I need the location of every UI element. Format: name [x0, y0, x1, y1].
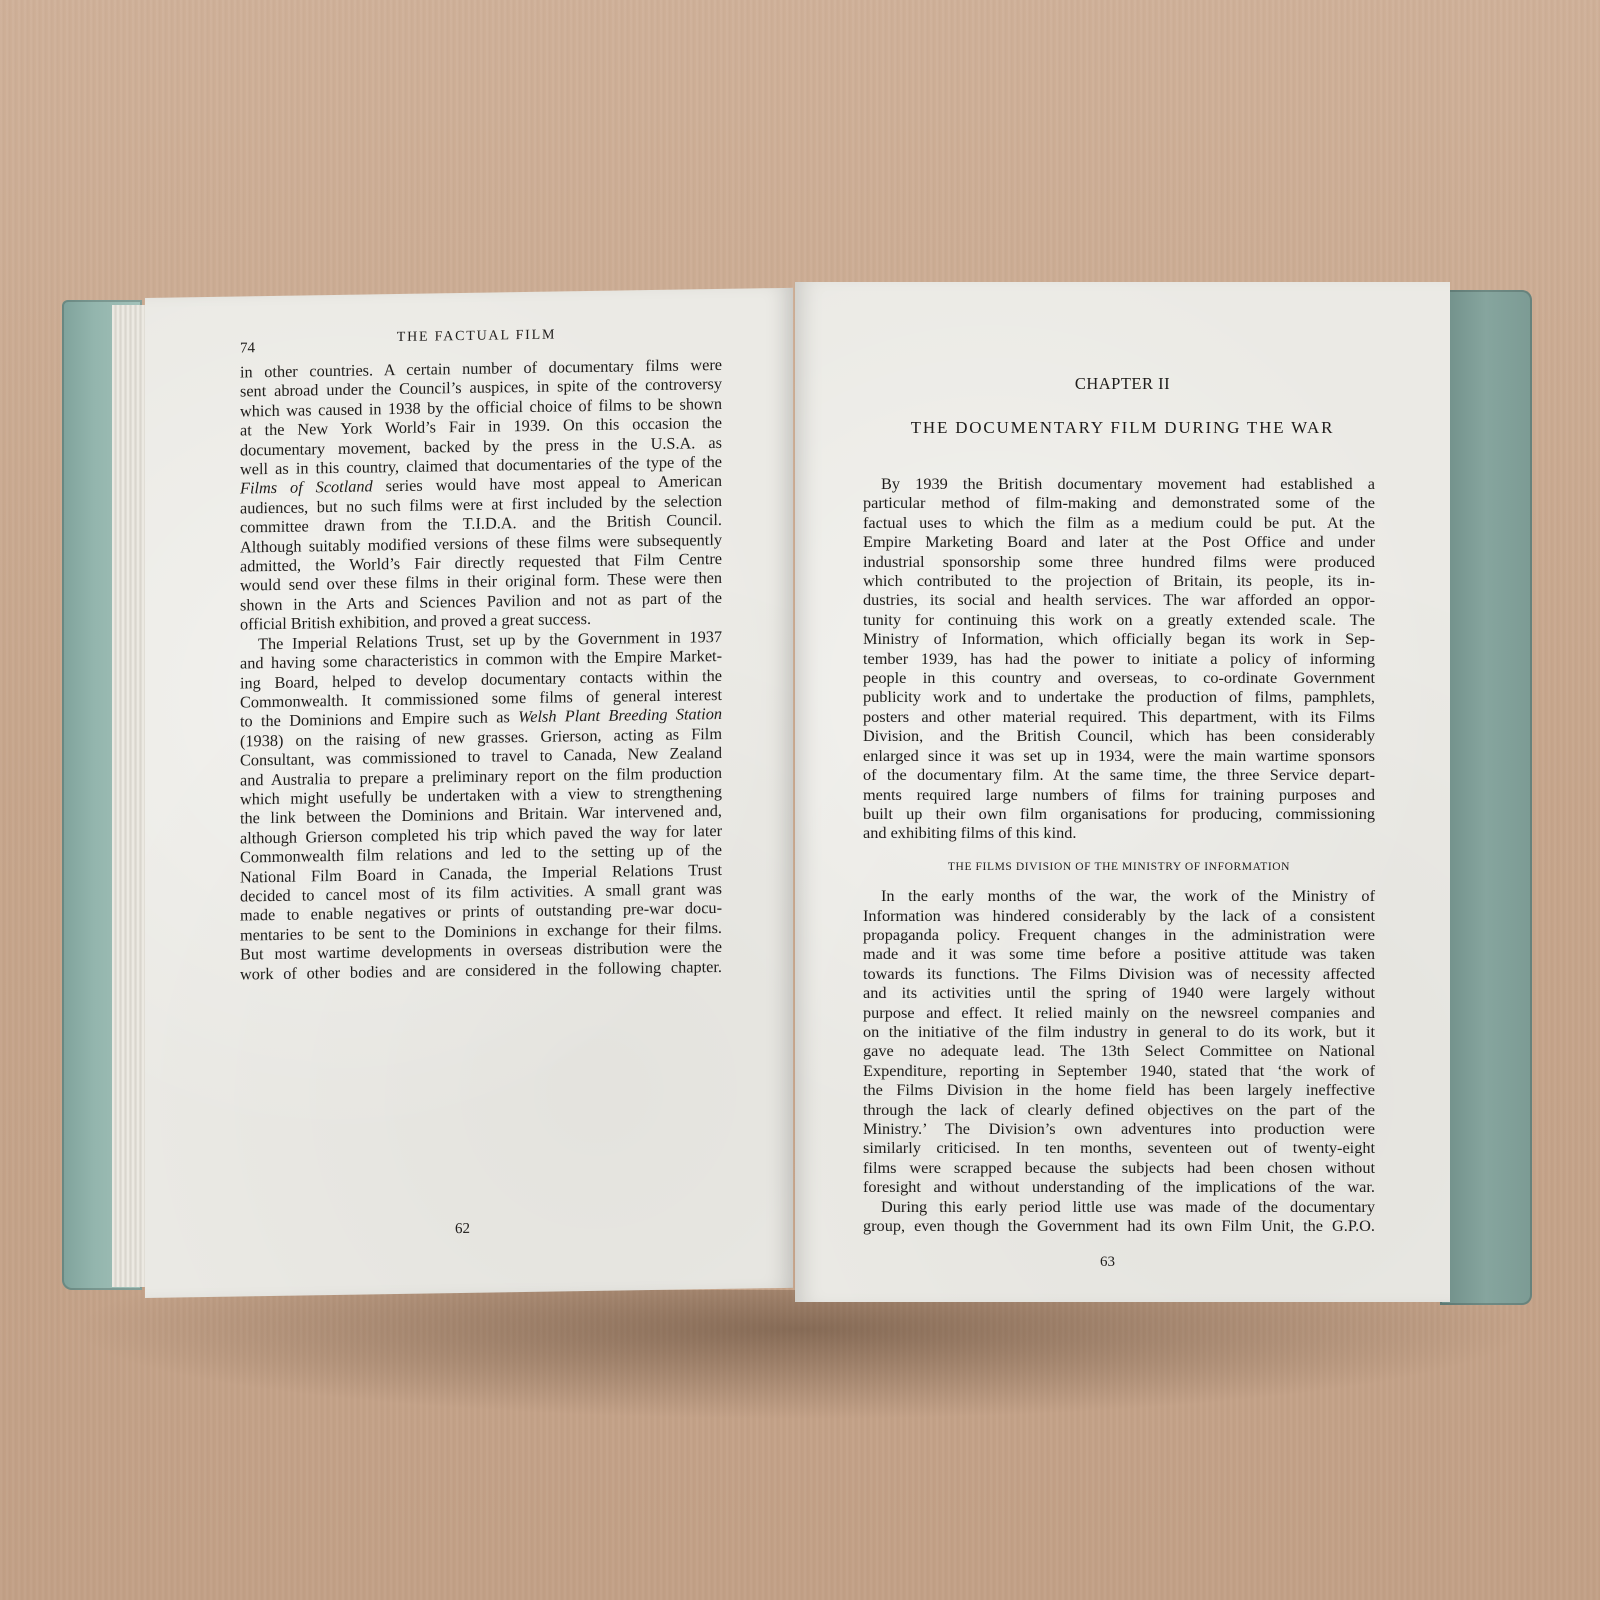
right-page: CHAPTER II THE DOCUMENTARY FILM DURING T…	[795, 282, 1450, 1302]
text-line: publicity work and to undertake the prod…	[863, 687, 1375, 706]
text-line: dustries, its social and health services…	[863, 590, 1375, 609]
text-line: made and it was some time before a posit…	[863, 944, 1375, 963]
text-line: Ministry.’ The Division’s own adventures…	[863, 1119, 1375, 1138]
text-line: gave no adequate lead. The 13th Select C…	[863, 1041, 1375, 1060]
italic-film-title: Films of Scotland	[240, 477, 373, 498]
text-line: towards its functions. The Films Divisio…	[863, 964, 1375, 983]
text-line: films were scrapped because the subjects…	[863, 1158, 1375, 1177]
section-heading: THE FILMS DIVISION OF THE MINISTRY OF IN…	[863, 858, 1375, 877]
text-line: and its activities until the spring of 1…	[863, 983, 1375, 1002]
italic-film-title: Welsh Plant Breeding Station	[518, 704, 722, 726]
text-line: propaganda policy. Frequent changes in t…	[863, 925, 1375, 944]
text-line: Empire Marketing Board and later at the …	[863, 532, 1375, 551]
text-line: Ministry of Information, which officiall…	[863, 629, 1375, 648]
text-line: industrial sponsorship some three hundre…	[863, 552, 1375, 571]
left-body-text: in other countries. A certain number of …	[240, 355, 722, 984]
text-line: the Films Division in the home field has…	[863, 1080, 1375, 1099]
book-cover-right	[1440, 290, 1532, 1305]
running-head-title: THE FACTUAL FILM	[240, 325, 713, 348]
text-line: on the initiative of the film industry i…	[863, 1022, 1375, 1041]
text-line: posters and other material required. Thi…	[863, 707, 1375, 726]
page-number: 62	[455, 1221, 470, 1238]
text-line: Division, and the British Council, which…	[863, 726, 1375, 745]
text-line: Expenditure, reporting in September 1940…	[863, 1061, 1375, 1080]
text-line: tunity for continuing this work on a gre…	[863, 610, 1375, 629]
chapter-title: THE DOCUMENTARY FILM DURING THE WAR	[855, 418, 1390, 438]
text-line: By 1939 the British documentary movement…	[863, 474, 1375, 493]
chapter-label: CHAPTER II	[795, 374, 1450, 394]
text-line: During this early period little use was …	[863, 1197, 1375, 1216]
page-number: 63	[1100, 1254, 1115, 1271]
text-line: built up their own film organisations fo…	[863, 804, 1375, 823]
running-head: 74 THE FACTUAL FILM	[240, 325, 713, 348]
text-line: tember 1939, has had the power to initia…	[863, 649, 1375, 668]
text-line: and exhibiting films of this kind.	[863, 823, 1375, 842]
text-line: people in this country and overseas, to …	[863, 668, 1375, 687]
left-page: 74 THE FACTUAL FILM in other countries. …	[145, 288, 793, 1298]
text-line: ments required large numbers of films fo…	[863, 785, 1375, 804]
text-line: particular method of film-making and dem…	[863, 493, 1375, 512]
text-line: of the documentary film. At the same tim…	[863, 765, 1375, 784]
right-body-text: By 1939 the British documentary movement…	[863, 474, 1375, 1235]
text-line: through the lack of clearly defined obje…	[863, 1100, 1375, 1119]
text-line: In the early months of the war, the work…	[863, 886, 1375, 905]
text-line: group, even though the Government had it…	[863, 1216, 1375, 1235]
text-line: similarly criticised. In ten months, sev…	[863, 1138, 1375, 1157]
text-line: purpose and effect. It relied mainly on …	[863, 1003, 1375, 1022]
text-line: factual uses to which the film as a medi…	[863, 513, 1375, 532]
text-line: enlarged since it was set up in 1934, we…	[863, 746, 1375, 765]
running-head-folio: 74	[240, 340, 255, 357]
text-line: which contributed to the projection of B…	[863, 571, 1375, 590]
text-line: Information was hindered considerably by…	[863, 906, 1375, 925]
book-shadow	[70, 1290, 1530, 1420]
text-line: foresight and without understanding of t…	[863, 1177, 1375, 1196]
